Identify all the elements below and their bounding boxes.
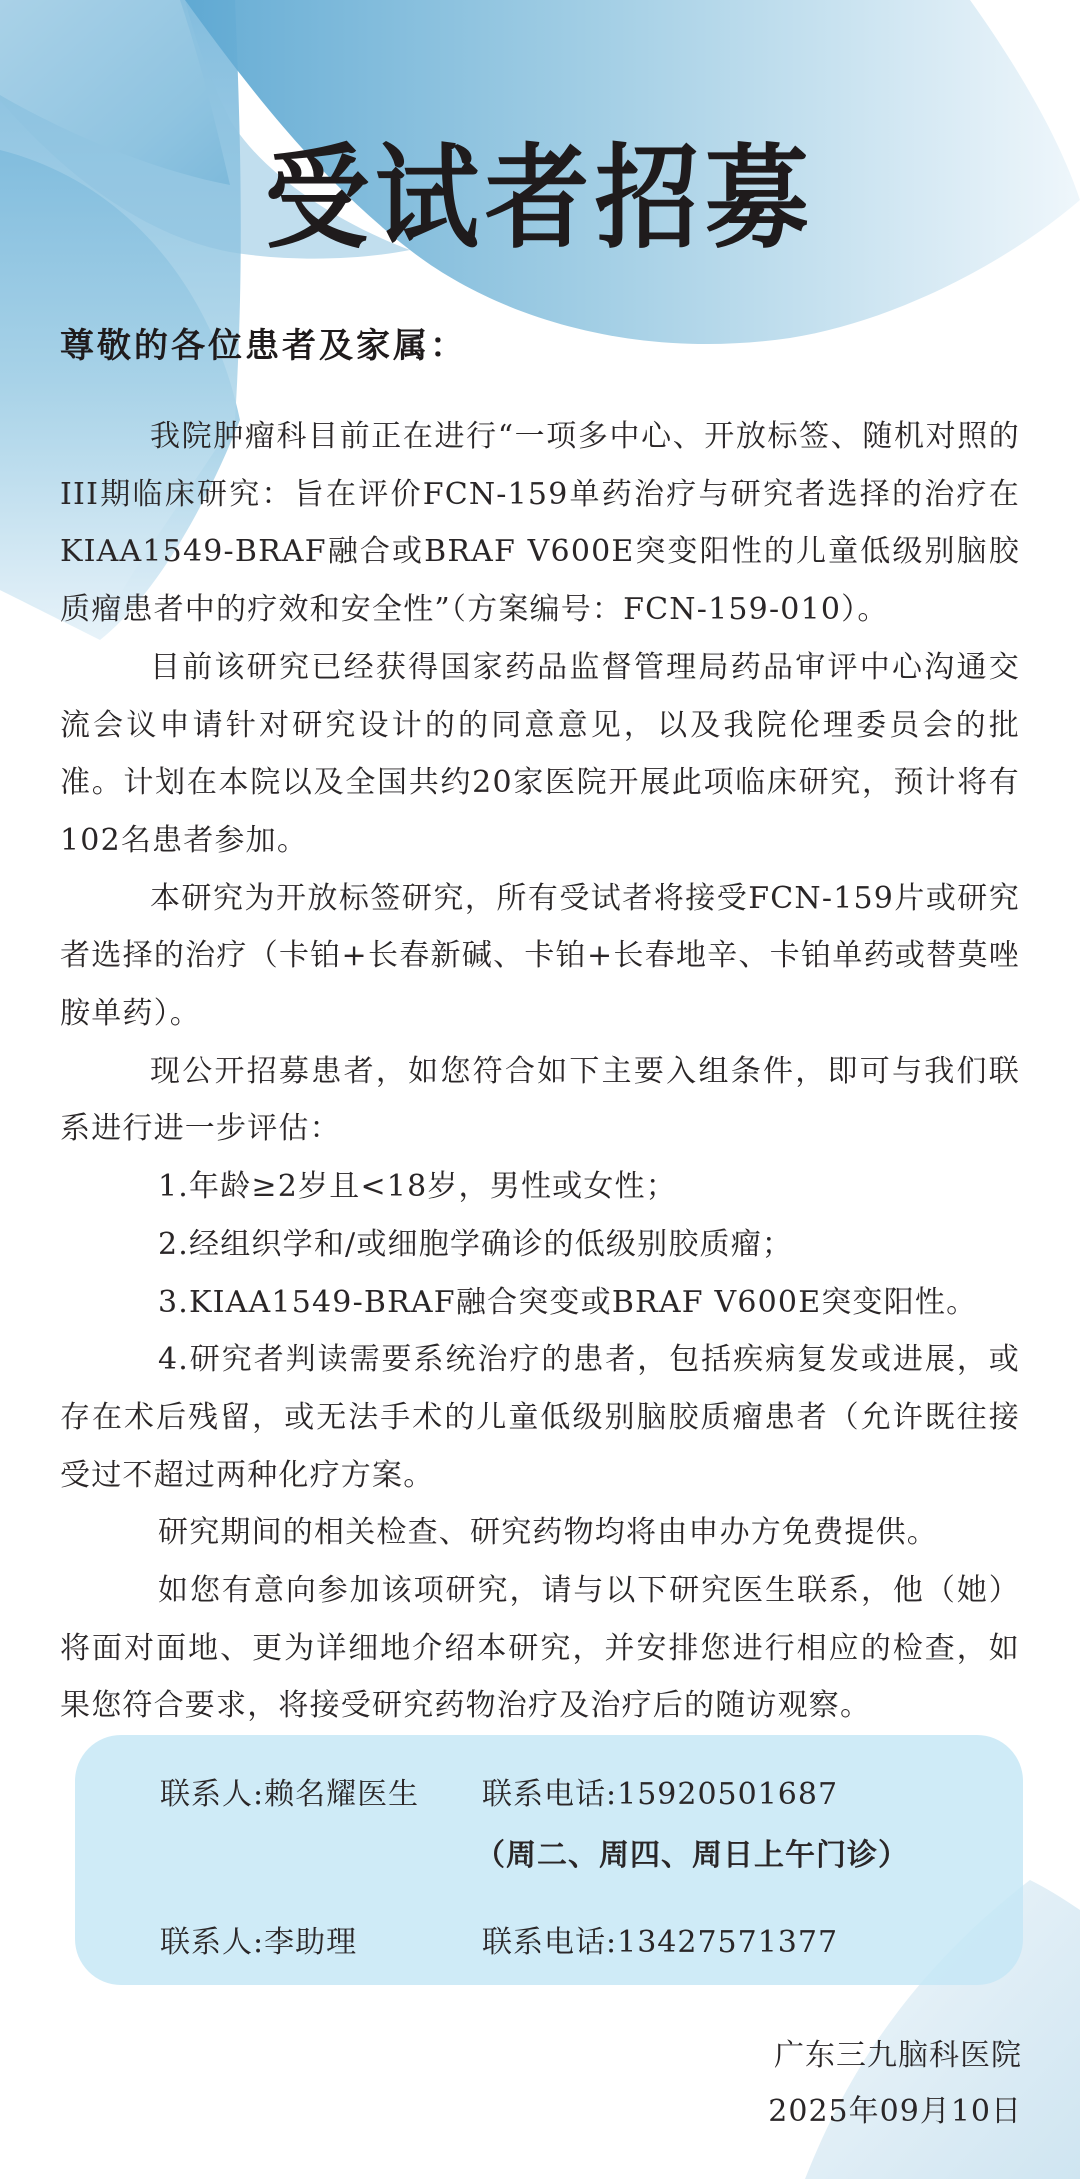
clinic-hours-note: （周二、周四、周日上午门诊）	[475, 1834, 909, 1878]
criterion-item: 2.经组织学和/或细胞学确诊的低级别胶质瘤；	[60, 1216, 1020, 1274]
criterion-item: 3.KIAA1549-BRAF融合突变或BRAF V600E突变阳性。	[60, 1274, 1020, 1332]
greeting-heading: 尊敬的各位患者及家属：	[60, 322, 467, 370]
paragraph-treatment: 本研究为开放标签研究，所有受试者将接受FCN-159片或研究者选择的治疗（卡铂+…	[60, 870, 1020, 1043]
signature-block: 广东三九脑科医院 2025年09月10日	[768, 2028, 1022, 2140]
contact-box: 联系人:赖名耀医生 联系电话:15920501687 （周二、周四、周日上午门诊…	[75, 1735, 1023, 1985]
contact-phone-2[interactable]: 联系电话:13427571377	[482, 1921, 838, 1965]
paragraph-approval: 目前该研究已经获得国家药品监督管理局药品审评中心沟通交流会议申请针对研究设计的的…	[60, 639, 1020, 870]
issue-date: 2025年09月10日	[768, 2084, 1022, 2140]
hospital-name: 广东三九脑科医院	[768, 2028, 1022, 2084]
body-content: 我院肿瘤科目前正在进行“一项多中心、开放标签、随机对照的III期临床研究：旨在评…	[60, 408, 1020, 1735]
criterion-item: 4.研究者判读需要系统治疗的患者，包括疾病复发或进展，或存在术后残留，或无法手术…	[60, 1331, 1020, 1504]
criterion-item: 1.年龄≥2岁且<18岁，男性或女性；	[60, 1158, 1020, 1216]
contact-person-1: 联系人:赖名耀医生	[160, 1773, 419, 1817]
contact-person-2: 联系人:李助理	[160, 1921, 357, 1965]
contact-phone-1[interactable]: 联系电话:15920501687	[482, 1773, 838, 1817]
paragraph-recruitment: 现公开招募患者，如您符合如下主要入组条件，即可与我们联系进行进一步评估：	[60, 1043, 1020, 1158]
paragraph-free-exams: 研究期间的相关检查、研究药物均将由申办方免费提供。	[60, 1504, 1020, 1562]
paragraph-contact-intro: 如您有意向参加该项研究，请与以下研究医生联系，他（她）将面对面地、更为详细地介绍…	[60, 1562, 1020, 1735]
paragraph-study-intro: 我院肿瘤科目前正在进行“一项多中心、开放标签、随机对照的III期临床研究：旨在评…	[60, 408, 1020, 639]
page-title: 受试者招募	[0, 133, 1080, 263]
